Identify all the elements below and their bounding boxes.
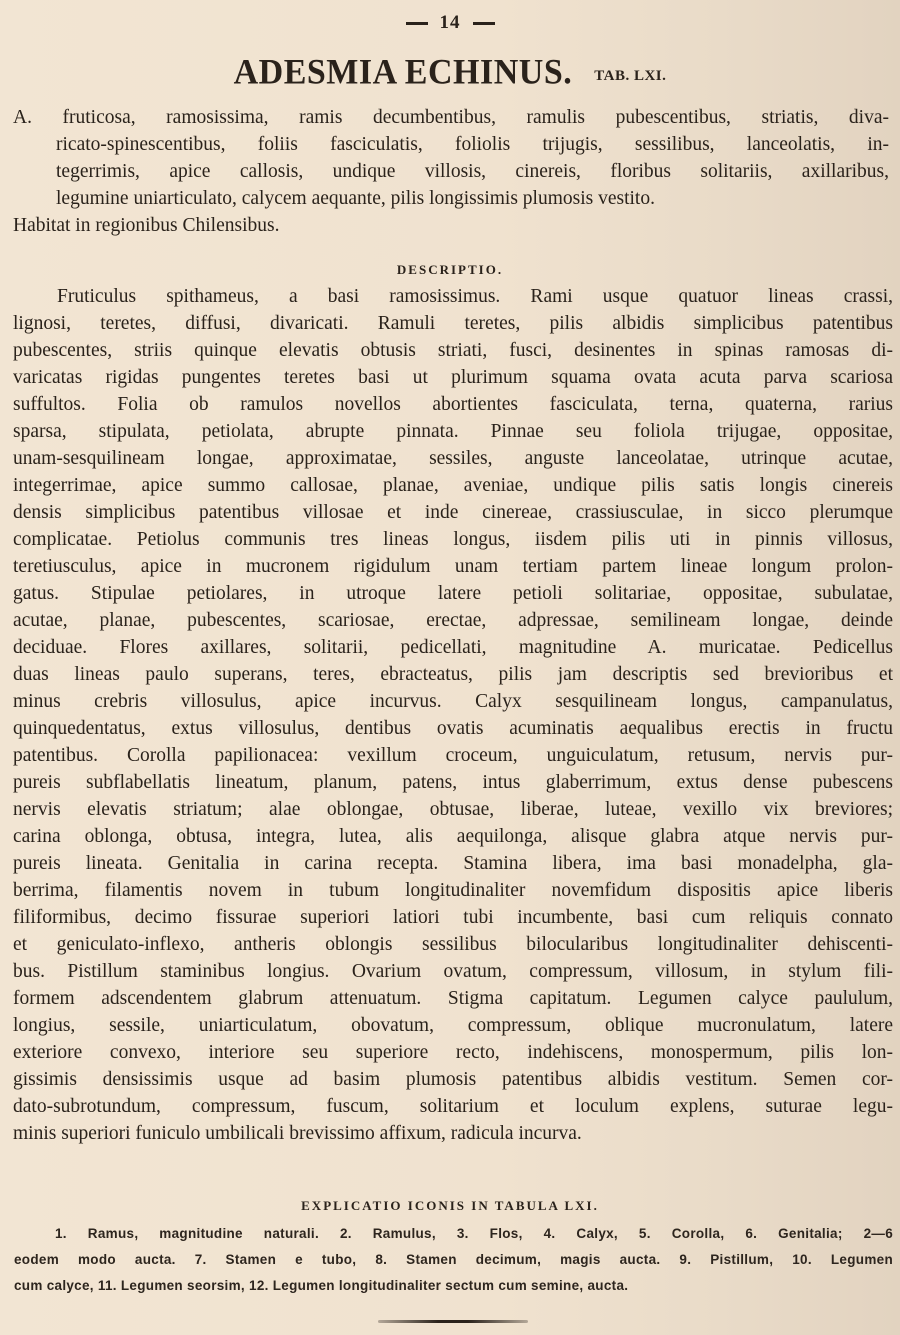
species-name: ADESMIA ECHINUS. xyxy=(234,53,573,93)
description-line: exteriore convexo, interiore seu superio… xyxy=(13,1039,893,1066)
description-line: suffultos. Folia ob ramulos novellos abo… xyxy=(13,391,893,418)
explanation-line: cum calyce, 11. Legumen seorsim, 12. Leg… xyxy=(14,1278,893,1293)
description-line: longius, sessile, uniarticulatum, obovat… xyxy=(13,1012,893,1039)
description-line: dato-subrotundum, compressum, fuscum, so… xyxy=(13,1093,893,1120)
description-line: densis simplicibus patentibus villosae e… xyxy=(13,499,893,526)
description-line: lignosi, teretes, diffusi, divaricati. R… xyxy=(13,310,893,337)
description-line: Fruticulus spithameus, a basi ramosissim… xyxy=(57,283,893,310)
explanation-line: eodem modo aucta. 7. Stamen e tubo, 8. S… xyxy=(14,1252,893,1267)
diagnosis-line: ricato-spinescentibus, foliis fasciculat… xyxy=(56,131,889,158)
closing-rule xyxy=(378,1320,528,1323)
plate-reference: TAB. LXI. xyxy=(594,68,666,84)
description-line: patentibus. Corolla papilionacea: vexill… xyxy=(13,742,893,769)
description-line: gatus. Stipulae petiolares, in utroque l… xyxy=(13,580,893,607)
book-page: 14 ADESMIA ECHINUS. TAB. LXI. A. frutico… xyxy=(0,0,900,1335)
description-line: minus crebris villosulus, apice incurvus… xyxy=(13,688,893,715)
explanation-line: 1. Ramus, magnitudine naturali. 2. Ramul… xyxy=(55,1226,893,1241)
description-line: teretiusculus, apice in mucronem rigidul… xyxy=(13,553,893,580)
description-line: gissimis densissimis usque ad basim plum… xyxy=(13,1066,893,1093)
dash-left xyxy=(406,22,428,25)
description-line: carina oblonga, obtusa, integra, lutea, … xyxy=(13,823,893,850)
page-number-text: 14 xyxy=(440,12,461,33)
description-line: acutae, planae, pubescentes, scariosae, … xyxy=(13,607,893,634)
description-line: et geniculato-inflexo, antheris oblongis… xyxy=(13,931,893,958)
description-line: bus. Pistillum staminibus longius. Ovari… xyxy=(13,958,893,985)
diagnosis-line: tegerrimis, apice callosis, undique vill… xyxy=(56,158,889,185)
page-number: 14 xyxy=(0,12,900,34)
explanation-heading: EXPLICATIO ICONIS IN TABULA LXI. xyxy=(0,1198,900,1214)
diagnosis-line: A. fruticosa, ramosissima, ramis decumbe… xyxy=(13,104,889,131)
description-line: nervis elevatis striatum; alae oblongae,… xyxy=(13,796,893,823)
dash-right xyxy=(473,22,495,25)
description-line: integerrimae, apice summo callosae, plan… xyxy=(13,472,893,499)
description-line: formem adscendentem glabrum attenuatum. … xyxy=(13,985,893,1012)
species-title: ADESMIA ECHINUS. TAB. LXI. xyxy=(0,54,900,92)
description-line: pureis lineata. Genitalia in carina rece… xyxy=(13,850,893,877)
description-line: berrima, filamentis novem in tubum longi… xyxy=(13,877,893,904)
description-line: duas lineas paulo superans, teres, ebrac… xyxy=(13,661,893,688)
description-line: sparsa, stipulata, petiolata, abrupte pi… xyxy=(13,418,893,445)
description-line: pubescentes, striis quinque elevatis obt… xyxy=(13,337,893,364)
description-line: minis superiori funiculo umbilicali brev… xyxy=(13,1120,893,1147)
description-line: varicatas rigidas pungentes teretes basi… xyxy=(13,364,893,391)
description-line: complicatae. Petiolus communis tres line… xyxy=(13,526,893,553)
habitat-line: Habitat in regionibus Chilensibus. xyxy=(13,212,513,239)
description-line: deciduae. Flores axillares, solitarii, p… xyxy=(13,634,893,661)
description-line: unam-sesquilineam longae, approximatae, … xyxy=(13,445,893,472)
description-line: filiformibus, decimo fissurae superiori … xyxy=(13,904,893,931)
description-line: pureis subflabellatis lineatum, planum, … xyxy=(13,769,893,796)
diagnosis-line: legumine uniarticulato, calycem aequante… xyxy=(56,185,889,212)
description-heading: DESCRIPTIO. xyxy=(0,262,900,278)
description-line: quinquedentatus, extus villosulus, denti… xyxy=(13,715,893,742)
